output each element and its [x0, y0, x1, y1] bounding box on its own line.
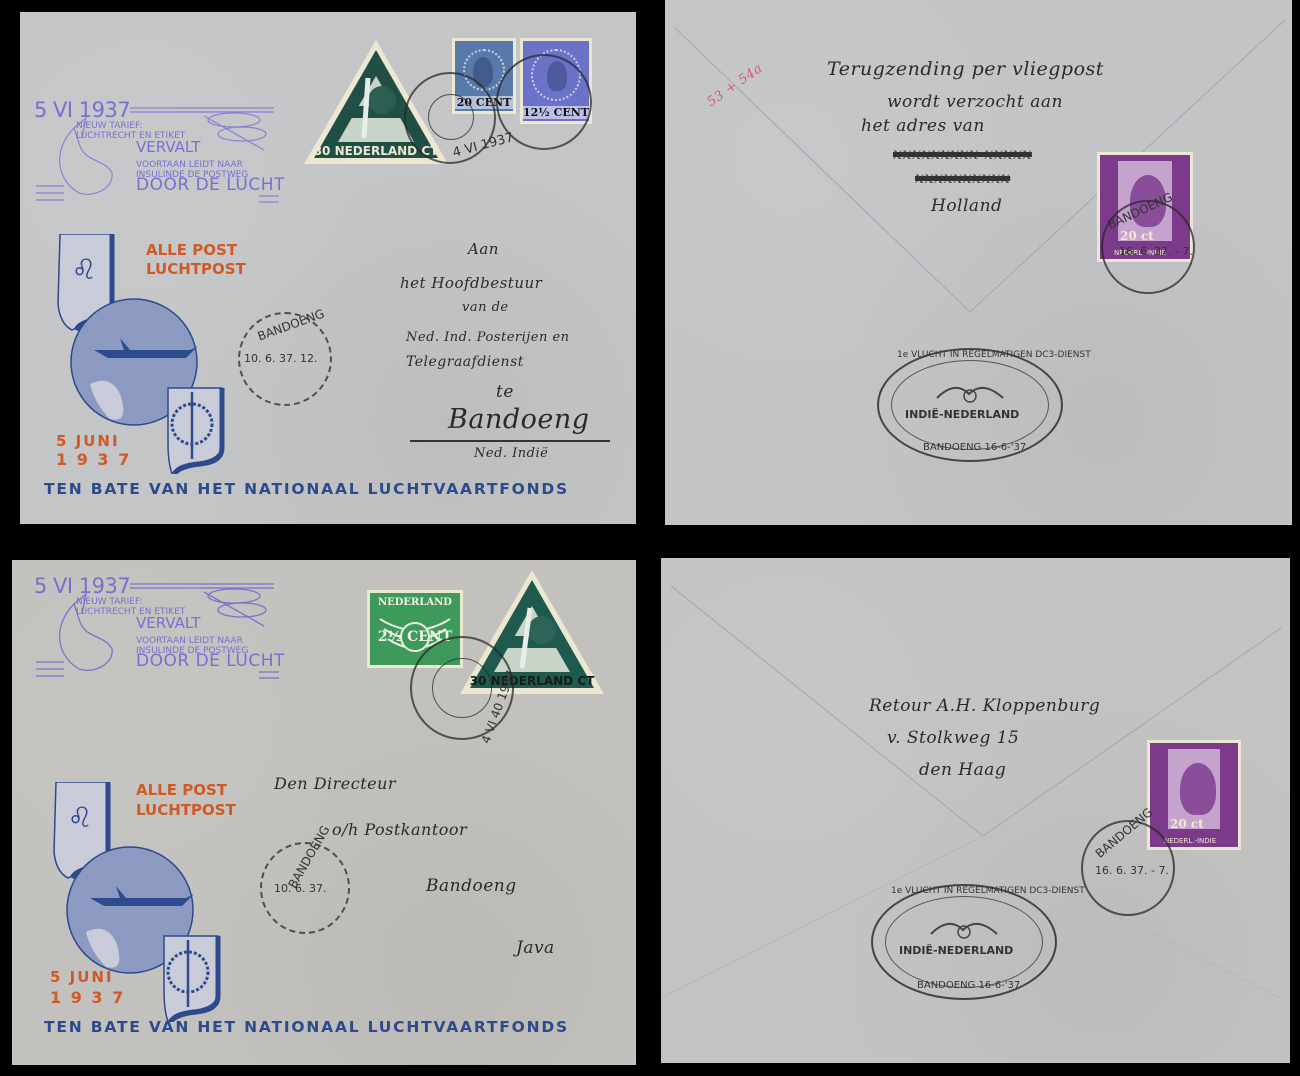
- lion-icon: ♌: [71, 253, 96, 286]
- struck-out-line: xxxxxxxxx xxxxx: [893, 144, 1032, 163]
- cachet-outer-top: 1e VLUCHT IN REGELMATIGEN DC3-DIENST: [897, 350, 1091, 360]
- address-line: het Hoofdbestuur: [400, 274, 542, 292]
- cachet-date-1: 5 JUNI: [56, 432, 120, 450]
- cover-front-1: 5 VI 1937 NIEUW TARIEF: LUCHTRECHT EN ET…: [20, 12, 636, 524]
- return-note-line: v. Stolkweg 15: [887, 728, 1019, 748]
- cover-front-2: 5 VI 1937 NIEUW TARIEF: LUCHTRECHT EN ET…: [12, 560, 636, 1065]
- cachet-headline-1: ALLE POST: [146, 241, 237, 259]
- return-note-line: Holland: [931, 196, 1002, 216]
- cover-back-1: 53 + 54a Terugzending per vliegpost word…: [665, 0, 1292, 525]
- cachet-date-2: 1 9 3 7: [56, 450, 131, 469]
- winged-horn-icon: [929, 914, 999, 942]
- address-line: Den Directeur: [274, 774, 396, 793]
- return-note-line: wordt verzocht aan: [887, 92, 1063, 112]
- cachet-outer-bottom: BANDOENG 16-6-'37: [923, 442, 1026, 453]
- return-note-line: Retour A.H. Kloppenburg: [869, 696, 1100, 716]
- slogan-cancel: 5 VI 1937 NIEUW TARIEF: LUCHTRECHT EN ET…: [34, 574, 284, 684]
- address-line: te: [496, 382, 514, 402]
- struck-out-line: xxxxxxxxxx: [915, 168, 1010, 187]
- slogan-cancel: 5 VI 1937 NIEUW TARIEF: LUCHTRECHT EN ET…: [34, 98, 284, 208]
- return-note-line: Terugzending per vliegpost: [827, 58, 1104, 80]
- cachet-footer: TEN BATE VAN HET NATIONAAL LUCHTVAARTFON…: [44, 480, 569, 498]
- address-line: Aan: [468, 240, 499, 258]
- underline: [410, 440, 610, 442]
- address-city: Bandoeng: [448, 404, 590, 435]
- address-city: Bandoeng: [426, 876, 517, 896]
- address-line: Ned. Indië: [474, 446, 548, 461]
- address-line: Ned. Ind. Posterijen en: [406, 330, 570, 345]
- winged-horn-icon: [935, 378, 1005, 406]
- cover-back-2: Retour A.H. Kloppenburg v. Stolkweg 15 d…: [661, 558, 1290, 1063]
- address-line: o/h Postkantoor: [332, 820, 467, 839]
- cachet-center: INDIË-NEDERLAND: [905, 408, 1019, 421]
- lion-icon: ♌: [67, 801, 92, 834]
- address-line: van de: [462, 300, 509, 315]
- cachet-headline-2: LUCHTPOST: [146, 260, 246, 278]
- return-note-line: het adres van: [861, 116, 985, 136]
- address-line: Telegraafdienst: [406, 354, 524, 370]
- address-line: Java: [516, 938, 555, 958]
- return-note-line: den Haag: [919, 760, 1006, 780]
